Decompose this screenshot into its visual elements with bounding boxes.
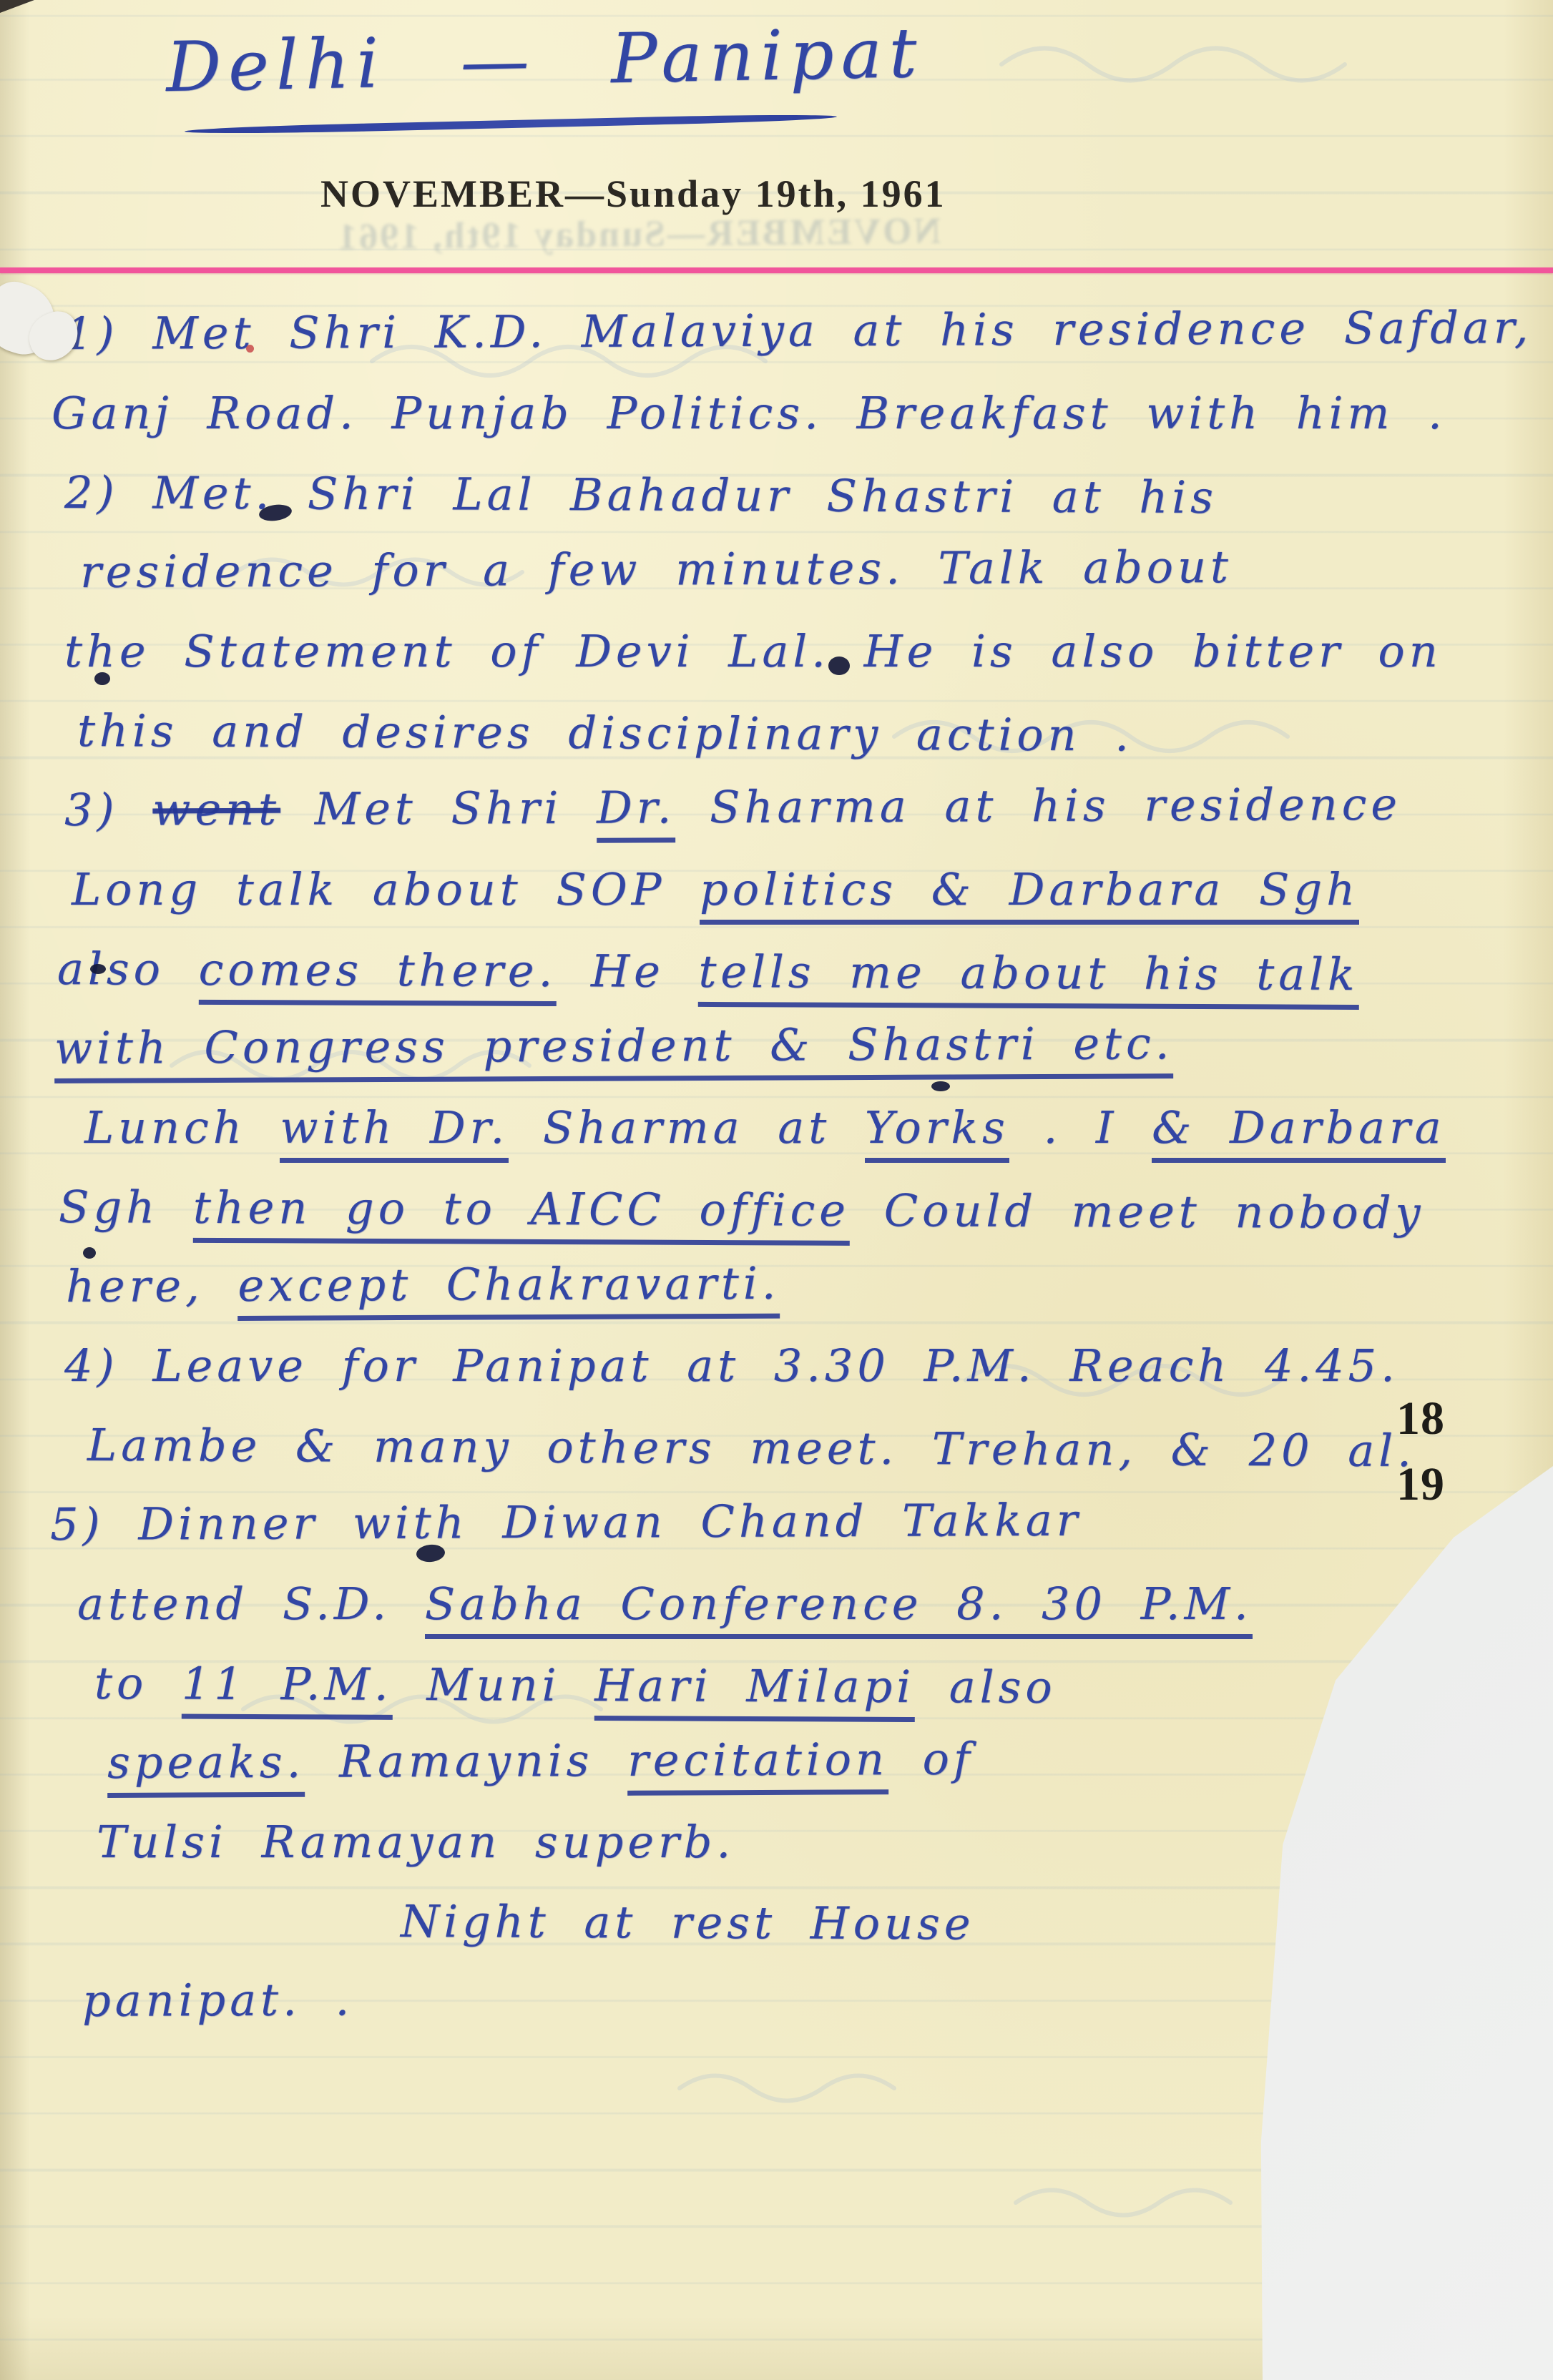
manuscript-line: 1) Met Shri K.D. Malaviya at his residen…	[64, 301, 1533, 360]
ink-blot	[931, 1081, 950, 1091]
handwritten-segment: 3)	[64, 783, 153, 840]
handwritten-segment: also	[57, 943, 199, 1000]
dark-corner-artifact	[0, 0, 34, 13]
manuscript-line: 2) Met. Shri Lal Bahadur Shastri at his	[64, 466, 1218, 523]
handwritten-segment: politics & Darbara Sgh	[700, 863, 1359, 925]
manuscript-line: Night at rest House	[401, 1895, 975, 1950]
red-ink-speck	[246, 345, 254, 353]
handwritten-segment: 11 P.M.	[182, 1658, 393, 1720]
handwritten-segment: recitation	[627, 1733, 888, 1796]
manuscript-line: Long talk about SOP politics & Darbara S…	[72, 863, 1359, 915]
handwritten-segment: here,	[66, 1259, 238, 1317]
manuscript-line: here, except Chakravarti.	[66, 1257, 780, 1312]
ink-blot	[828, 657, 850, 675]
handwritten-segment: Muni	[392, 1658, 594, 1716]
handwritten-segment: comes there.	[198, 943, 557, 1006]
ink-blot	[94, 672, 110, 685]
handwritten-segment: to	[94, 1657, 182, 1714]
handwritten-segment: attend S.D.	[77, 1578, 425, 1634]
handwritten-segment: Ramaynis	[305, 1734, 627, 1792]
manuscript-line: panipat. .	[82, 1973, 353, 2027]
manuscript-line: the Statement of Devi Lal. He is also bi…	[64, 625, 1442, 677]
ink-blot	[90, 964, 106, 974]
handwritten-segment: Ganj Road. Punjab Politics. Breakfast wi…	[52, 387, 1446, 443]
manuscript-line: speaks. Ramaynis recitation of	[107, 1733, 974, 1789]
handwritten-segment: He	[557, 945, 699, 1002]
handwritten-segment: Dr.	[597, 781, 676, 842]
page-number-tabs: 1819	[1396, 1386, 1445, 1518]
manuscript-line: Lambe & many others meet. Trehan, & 20 a…	[87, 1419, 1416, 1477]
handwritten-segment: went	[152, 783, 280, 840]
handwritten-segment: of	[888, 1733, 974, 1790]
handwritten-segment: panipat. .	[82, 1973, 353, 2031]
manuscript-line: attend S.D. Sabha Conference 8. 30 P.M.	[77, 1578, 1253, 1630]
handwritten-segment: with Dr.	[280, 1101, 509, 1163]
manuscript-line: 5) Dinner with Diwan Chand Takkar	[50, 1494, 1082, 1550]
handwritten-segment: Sharma at his residence	[675, 778, 1401, 837]
handwritten-segment: 1) Met Shri K.D. Malaviya at his residen…	[64, 301, 1533, 364]
diary-page: NOVEMBER—Sunday 19th, 1961 Delhi — Panip…	[0, 0, 1553, 2380]
handwritten-segment: residence for a few minutes. Talk about	[80, 541, 1233, 602]
handwritten-segment: Sharma at	[509, 1101, 865, 1158]
handwritten-segment: Lunch	[84, 1101, 280, 1158]
manuscript-line: also comes there. He tells me about his …	[57, 943, 1359, 1000]
page-number: 18	[1396, 1386, 1445, 1452]
manuscript-line: Lunch with Dr. Sharma at Yorks . I & Dar…	[84, 1101, 1446, 1154]
handwritten-segment: Could meet nobody	[850, 1184, 1425, 1244]
handwritten-segment: & Darbara	[1152, 1101, 1445, 1163]
handwritten-segment: the Statement of Devi Lal. He is also bi…	[64, 625, 1442, 682]
handwritten-segment: with Congress president & Shastri etc.	[54, 1017, 1174, 1083]
manuscript-line: to 11 P.M. Muni Hari Milapi also	[94, 1657, 1057, 1713]
handwritten-segment: tells me about his talk	[698, 945, 1358, 1010]
handwritten-segment: speaks.	[107, 1736, 305, 1798]
handwritten-segment: 2) Met. Shri Lal Bahadur Shastri at his	[64, 466, 1218, 528]
handwritten-segment: Long talk about SOP	[72, 863, 700, 920]
handwritten-segment: Lambe & many others meet. Trehan, & 20 a…	[87, 1419, 1416, 1481]
manuscript-line: Tulsi Ramayan superb.	[97, 1816, 735, 1868]
handwritten-segment: Hari Milapi	[594, 1659, 915, 1722]
handwritten-segment: 4) Leave for Panipat at 3.30 P.M. Reach …	[64, 1339, 1399, 1396]
manuscript-line: this and desires disciplinary action .	[77, 704, 1133, 761]
manuscript-line: with Congress president & Shastri etc.	[54, 1017, 1174, 1074]
scanned-diary-photo: NOVEMBER—Sunday 19th, 1961 Delhi — Panip…	[0, 0, 1553, 2380]
manuscript-lines: 1) Met Shri K.D. Malaviya at his residen…	[0, 0, 1553, 2380]
manuscript-line: 4) Leave for Panipat at 3.30 P.M. Reach …	[64, 1339, 1399, 1392]
handwritten-segment: 5) Dinner with Diwan Chand Takkar	[50, 1494, 1082, 1555]
handwritten-segment: Night at rest House	[401, 1895, 975, 1954]
manuscript-line: Sgh then go to AICC office Could meet no…	[59, 1181, 1425, 1239]
manuscript-line: residence for a few minutes. Talk about	[80, 541, 1233, 598]
handwritten-segment: Sabha Conference 8. 30 P.M.	[425, 1578, 1253, 1639]
handwritten-segment: except Chakravarti.	[237, 1257, 780, 1321]
handwritten-segment: then go to AICC office	[193, 1181, 851, 1246]
handwritten-segment: Sgh	[59, 1181, 193, 1238]
handwritten-segment: this and desires disciplinary action .	[77, 704, 1133, 765]
handwritten-segment: Met Shri	[280, 782, 597, 840]
handwritten-segment: Tulsi Ramayan superb.	[97, 1816, 735, 1872]
page-number: 19	[1396, 1452, 1445, 1518]
ink-blot	[83, 1247, 96, 1259]
handwritten-segment: . I	[1009, 1101, 1152, 1158]
manuscript-line: Ganj Road. Punjab Politics. Breakfast wi…	[52, 387, 1446, 439]
manuscript-line: 3) went Met Shri Dr. Sharma at his resid…	[64, 778, 1401, 836]
handwritten-segment: also	[915, 1661, 1057, 1718]
handwritten-segment: Yorks	[865, 1101, 1009, 1163]
